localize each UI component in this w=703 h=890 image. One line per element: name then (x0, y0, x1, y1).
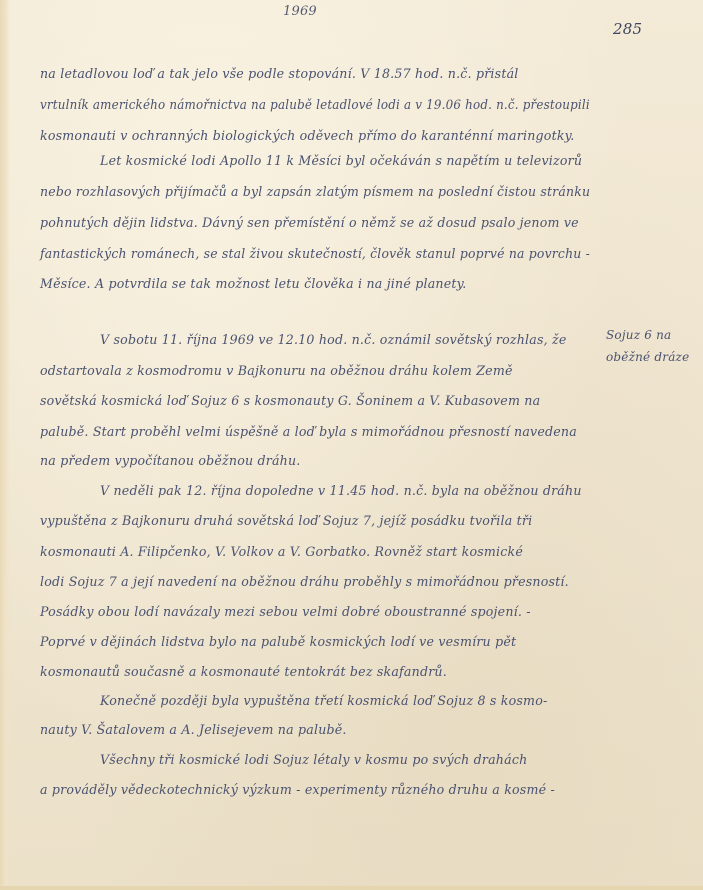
text-line: Všechny tři kosmické lodi Sojuz létaly v… (100, 752, 527, 768)
text-line: vrtulník amerického námořnictva na palub… (40, 97, 590, 113)
text-line: V sobotu 11. října 1969 ve 12.10 hod. n.… (100, 332, 567, 348)
text-line: vypuštěna z Bajkonuru druhá sovětská loď… (40, 513, 532, 529)
text-line: kosmonauti v ochranných biologických odě… (40, 128, 575, 144)
text-line: kosmonauti A. Filipčenko, V. Volkov a V.… (40, 544, 523, 560)
text-line: Konečně později byla vypuštěna třetí kos… (100, 693, 547, 709)
text-line: na předem vypočítanou oběžnou dráhu. (40, 453, 301, 469)
text-line: odstartovala z kosmodromu v Bajkonuru na… (40, 363, 513, 379)
text-line: Poprvé v dějinách lidstva bylo na palubě… (40, 634, 516, 650)
text-line: lodi Sojuz 7 a její navedení na oběžnou … (40, 574, 569, 590)
text-line: a prováděly vědeckotechnický výzkum - ex… (40, 782, 555, 798)
page-edge-bottom (0, 886, 703, 890)
text-line: sovětská kosmická loď Sojuz 6 s kosmonau… (40, 393, 540, 409)
margin-note-line-2: oběžné dráze (606, 349, 689, 365)
text-line: palubě. Start proběhl velmi úspěšně a lo… (40, 424, 577, 440)
text-line: pohnutých dějin lidstva. Dávný sen přemí… (40, 215, 579, 231)
page-year: 1969 (283, 4, 317, 19)
text-line: V neděli pak 12. října dopoledne v 11.45… (100, 483, 582, 499)
text-line: nebo rozhlasových přijímačů a byl zapsán… (40, 184, 590, 200)
page-number: 285 (613, 20, 642, 38)
text-line: Let kosmické lodi Apollo 11 k Měsíci byl… (100, 153, 582, 169)
text-line: Posádky obou lodí navázaly mezi sebou ve… (40, 604, 531, 620)
text-line: nauty V. Šatalovem a A. Jelisejevem na p… (40, 722, 347, 738)
margin-note-line-1: Sojuz 6 na (606, 327, 671, 343)
chronicle-page: 1969 285 na letadlovou loď a tak jelo vš… (0, 0, 703, 890)
text-line: kosmonautů současně a kosmonauté tentokr… (40, 664, 447, 680)
text-line: fantastických románech, se stal živou sk… (40, 246, 590, 262)
page-edge-left (0, 0, 10, 890)
text-line: na letadlovou loď a tak jelo vše podle s… (40, 66, 519, 82)
text-line: Měsíce. A potvrdila se tak možnost letu … (40, 276, 466, 292)
